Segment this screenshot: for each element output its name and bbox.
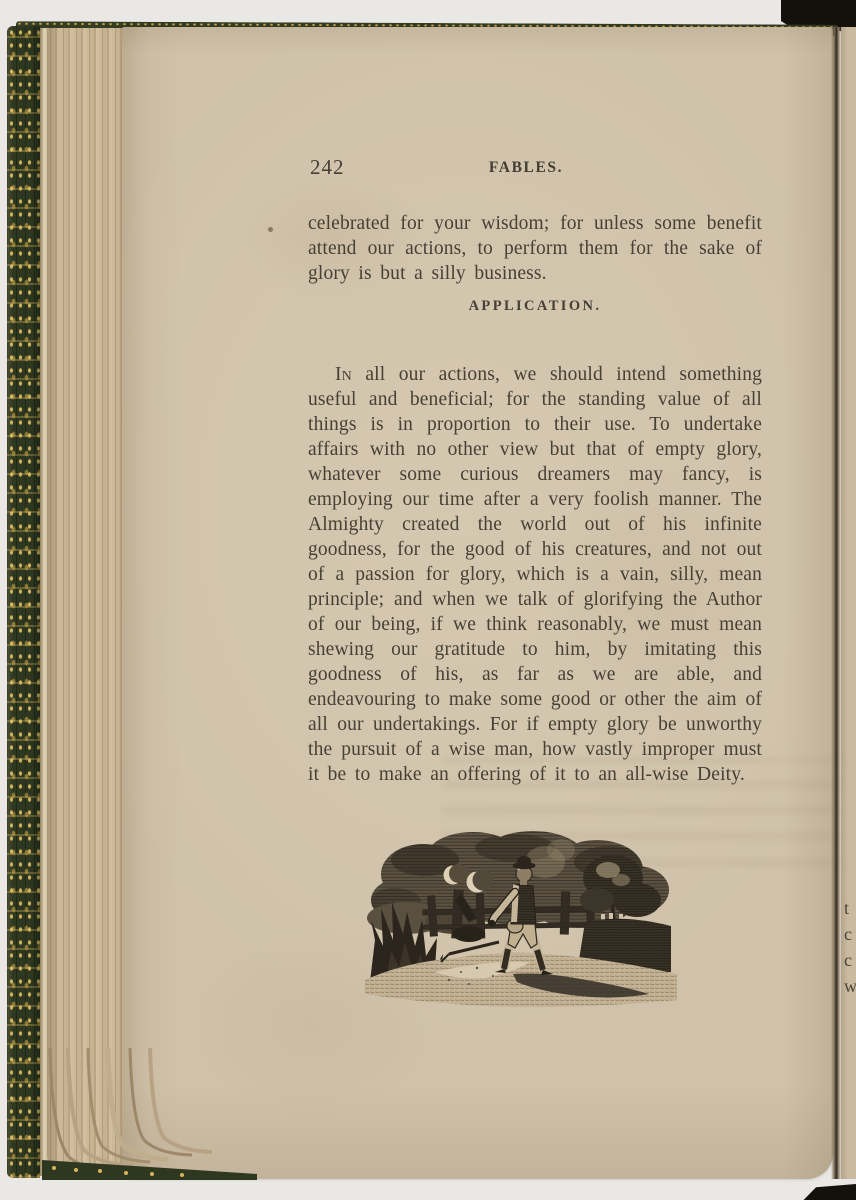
page-corner-curls: [42, 1048, 257, 1180]
running-title: FABLES.: [308, 159, 744, 177]
backdrop-shadow-bottom-right: [799, 1184, 856, 1200]
scan-photo: { "book": { "description": "Scanned page…: [0, 0, 856, 1200]
section-heading: APPLICATION.: [308, 298, 762, 315]
book-cover-gilt-spine: [7, 26, 40, 1178]
fallen-stick: [449, 942, 499, 954]
application-paragraph: In all our actions, we should intend som…: [308, 362, 762, 787]
page-header: 242 FABLES.: [308, 155, 762, 181]
continuation-paragraph: celebrated for your wisdom; for unless s…: [308, 211, 762, 286]
page-fleck: [268, 227, 273, 232]
cover-page-gap: [40, 28, 47, 1176]
woodcut-illustration: [365, 822, 677, 1018]
page-block-fore-edge: [47, 28, 122, 1174]
book-page: 242 FABLES. celebrated for your wisdom; …: [122, 27, 833, 1179]
facing-page-sliver: t c c w: [841, 27, 856, 1179]
facing-text-fragment: c: [844, 925, 852, 943]
facing-text-fragment: t: [844, 899, 849, 917]
facing-text-fragment: w: [844, 977, 856, 995]
facing-text-fragment: c: [844, 951, 852, 969]
page-gutter: [831, 27, 841, 1179]
paragraph-lead-word: In: [335, 364, 352, 385]
fence-base-shadow: [453, 926, 485, 942]
paragraph-body: all our actions, we should intend someth…: [308, 364, 762, 785]
